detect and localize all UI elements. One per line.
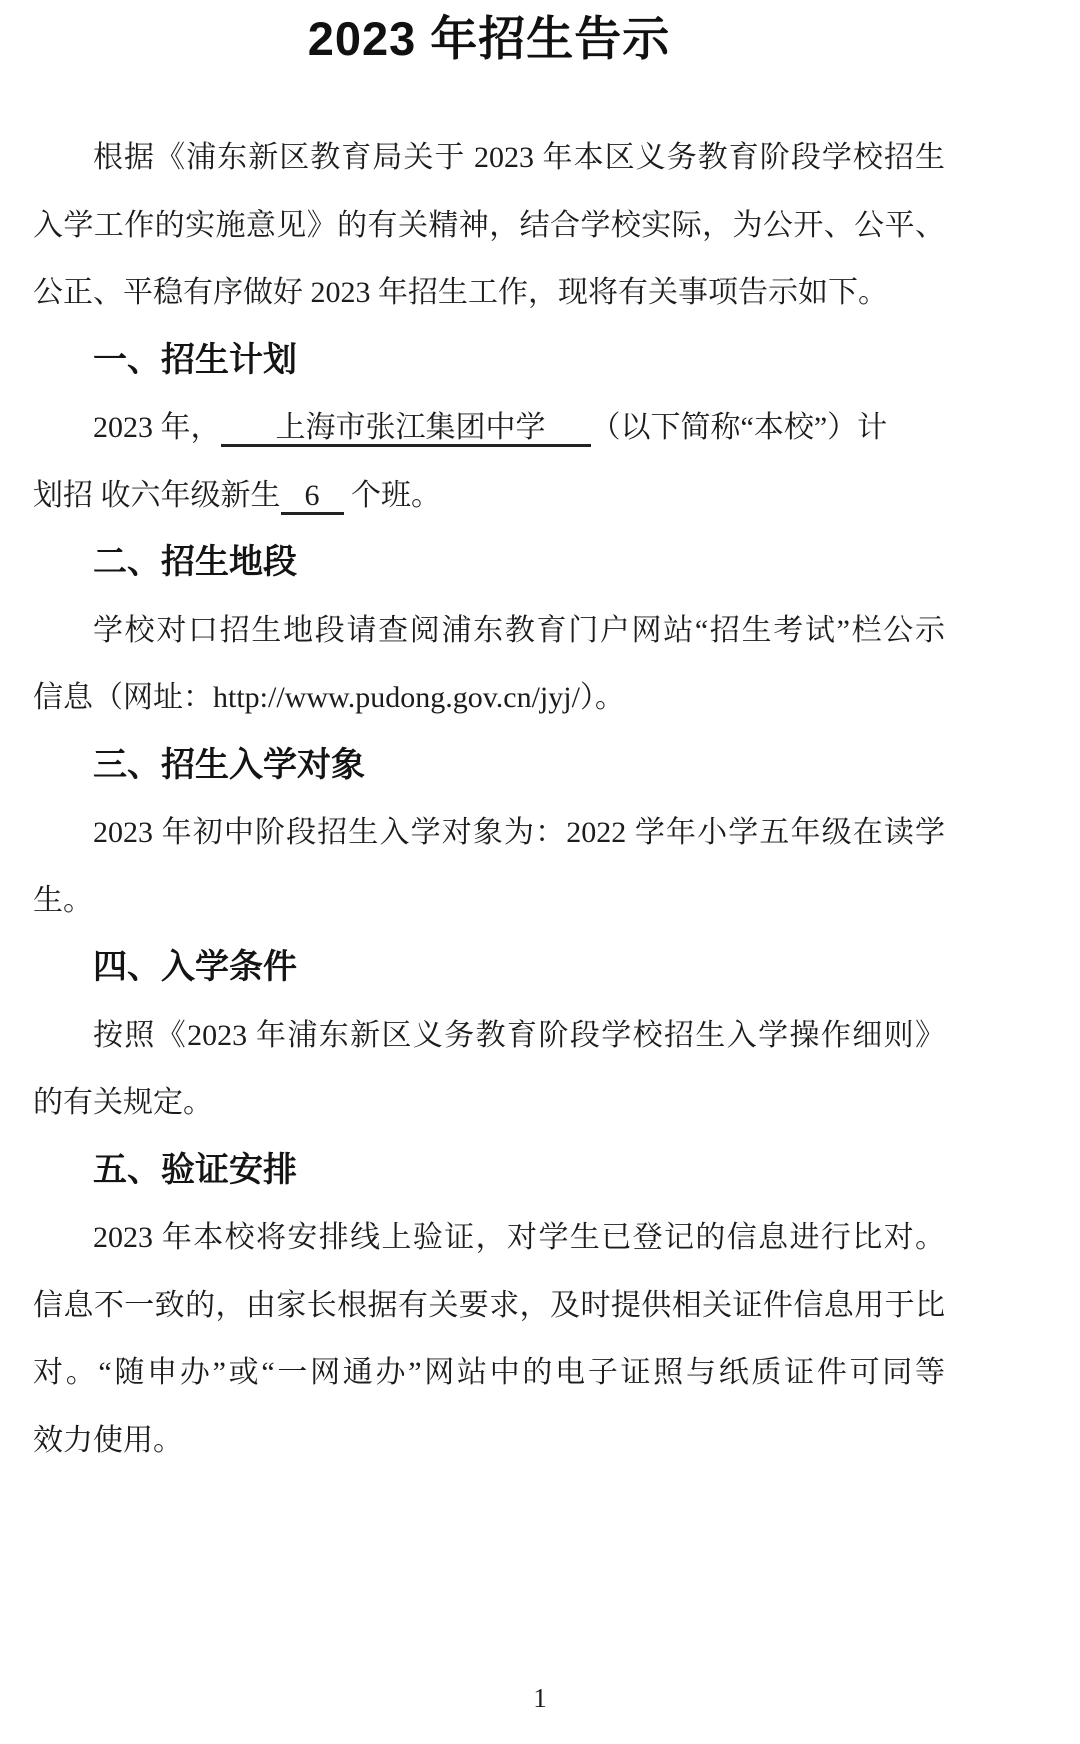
document-page: 2023 年招生告示 根据《浦东新区教育局关于 2023 年本区义务教育阶段学校…: [0, 0, 1080, 1744]
document-title: 2023 年招生告示: [33, 2, 945, 69]
text-segment: （以下简称“本校”）计: [591, 411, 888, 444]
verification-line-1: 2023 年本校将安排线上验证，对学生已登记的信息进行比对。: [33, 1204, 945, 1272]
section-heading-eligible-students: 三、招生入学对象: [33, 732, 945, 800]
intro-paragraph-line-3: 公正、平稳有序做好 2023 年招生工作，现将有关事项告示如下。: [33, 259, 945, 327]
section-heading-enrollment-plan: 一、招生计划: [33, 327, 945, 395]
admission-requirements-line-2: 的有关规定。: [33, 1069, 945, 1137]
enrollment-plan-line-1: 2023 年，上海市张江集团中学（以下简称“本校”）计: [33, 394, 945, 462]
intro-paragraph-line-1: 根据《浦东新区教育局关于 2023 年本区义务教育阶段学校招生: [33, 124, 945, 192]
text-segment: 划招 收六年级新生: [33, 479, 281, 512]
verification-line-3: 对。“随申办”或“一网通办”网站中的电子证照与纸质证件可同等: [33, 1339, 945, 1407]
school-name-underlined-blank: 上海市张江集团中学: [221, 411, 591, 447]
document-body: 根据《浦东新区教育局关于 2023 年本区义务教育阶段学校招生 入学工作的实施意…: [33, 124, 945, 1474]
text-segment: 个班。: [344, 479, 442, 512]
eligible-students-line-1: 2023 年初中阶段招生入学对象为：2022 学年小学五年级在读学: [33, 799, 945, 867]
admission-requirements-line-1: 按照《2023 年浦东新区义务教育阶段学校招生入学操作细则》: [33, 1002, 945, 1070]
class-count-underlined-blank: 6: [281, 479, 344, 515]
intro-paragraph-line-2: 入学工作的实施意见》的有关精神，结合学校实际，为公开、公平、: [33, 192, 945, 260]
section-heading-enrollment-district: 二、招生地段: [33, 529, 945, 597]
enrollment-district-line-1: 学校对口招生地段请查阅浦东教育门户网站“招生考试”栏公示: [33, 597, 945, 665]
page-number: 1: [0, 1683, 1080, 1714]
verification-line-2: 信息不一致的，由家长根据有关要求，及时提供相关证件信息用于比: [33, 1272, 945, 1340]
verification-line-4: 效力使用。: [33, 1407, 945, 1475]
enrollment-plan-line-2: 划招 收六年级新生6 个班。: [33, 462, 945, 530]
text-segment: 2023 年，: [93, 411, 221, 444]
section-heading-verification: 五、验证安排: [33, 1137, 945, 1205]
enrollment-district-line-2: 信息（网址：http://www.pudong.gov.cn/jyj/）。: [33, 664, 945, 732]
section-heading-admission-requirements: 四、入学条件: [33, 934, 945, 1002]
eligible-students-line-2: 生。: [33, 867, 945, 935]
